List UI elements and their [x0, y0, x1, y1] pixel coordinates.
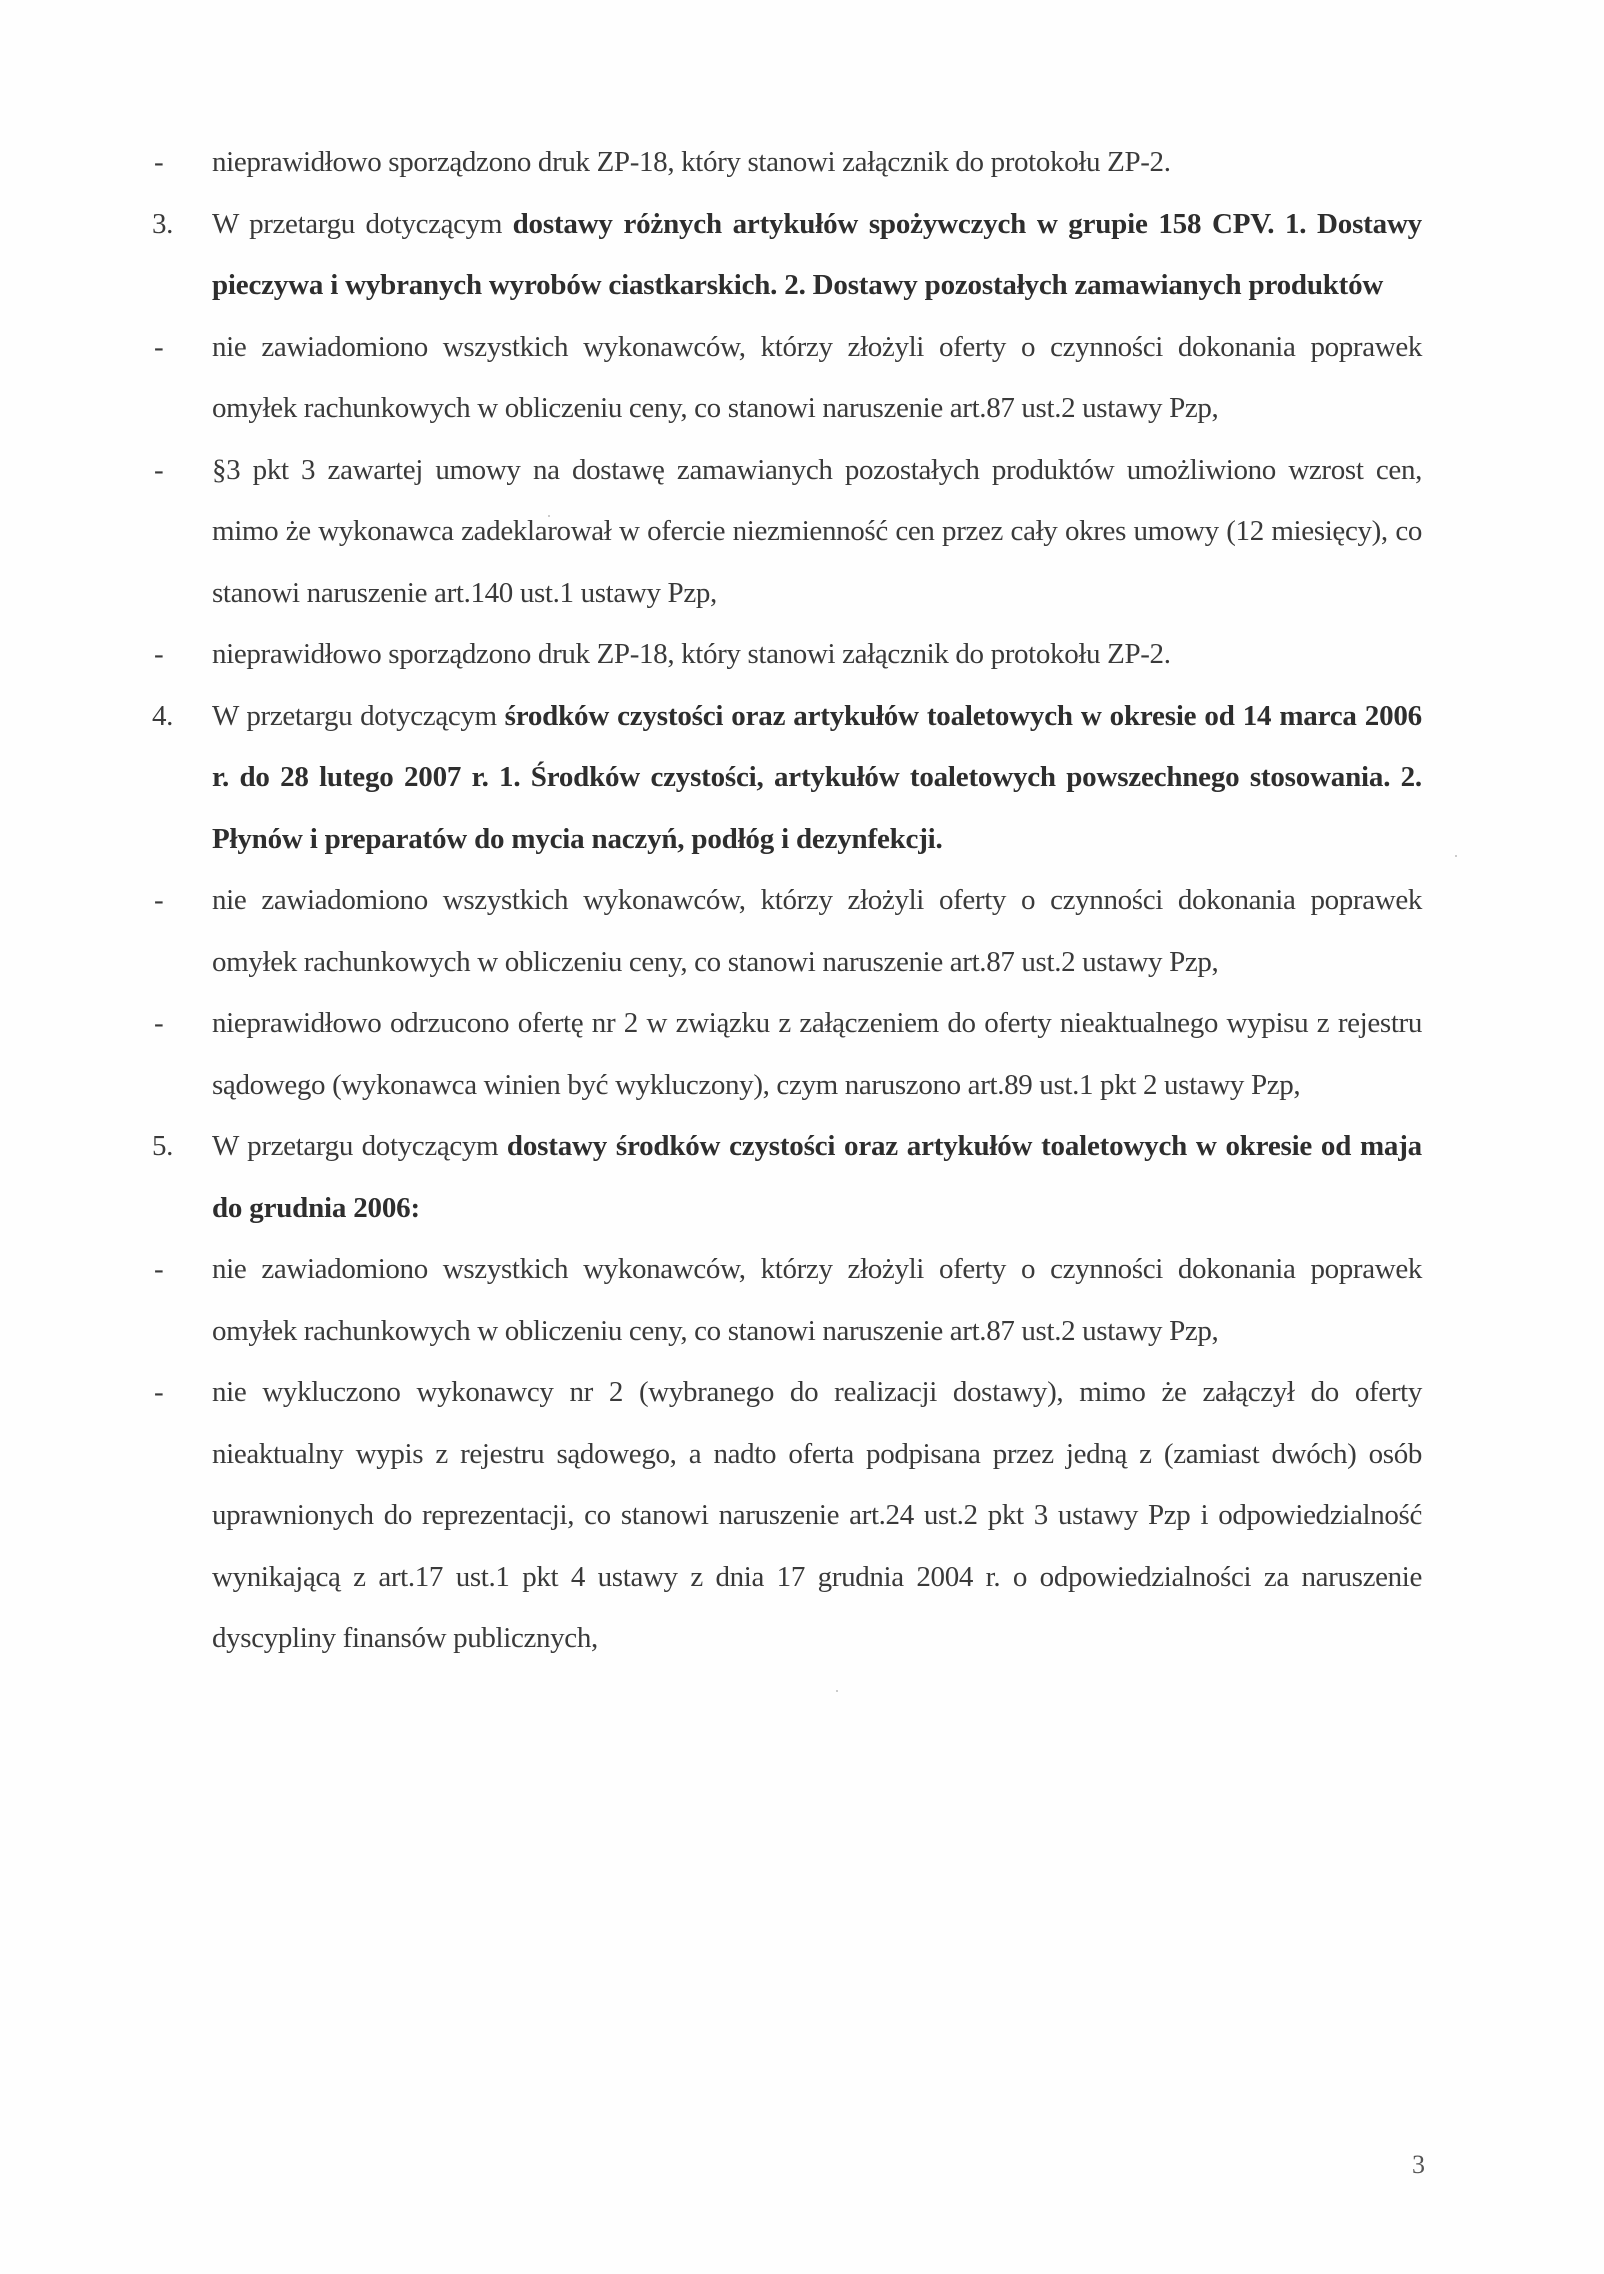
text-run: W przetargu dotyczącym — [212, 208, 513, 240]
bullet-item: -nieprawidłowo sporządzono druk ZP-18, k… — [152, 132, 1422, 194]
dash-bullet: - — [154, 870, 194, 932]
bullet-item: -nie zawiadomiono wszystkich wykonawców,… — [152, 870, 1422, 993]
list-number: 3. — [152, 194, 192, 256]
text-run: nie zawiadomiono wszystkich wykonawców, … — [212, 884, 1422, 978]
paragraph-text: nieprawidłowo sporządzono druk ZP-18, kt… — [212, 624, 1422, 686]
dash-bullet: - — [154, 1362, 194, 1424]
paragraph-text: nie zawiadomiono wszystkich wykonawców, … — [212, 317, 1422, 440]
scanned-page: -nieprawidłowo sporządzono druk ZP-18, k… — [0, 0, 1604, 2274]
dash-bullet: - — [154, 440, 194, 502]
dash-bullet: - — [154, 1239, 194, 1301]
paragraph-text: nieprawidłowo sporządzono druk ZP-18, kt… — [212, 132, 1422, 194]
text-run: nieprawidłowo sporządzono druk ZP-18, kt… — [212, 146, 1171, 178]
text-run: W przetargu dotyczącym — [212, 1130, 507, 1162]
bullet-item: -nieprawidłowo odrzucono ofertę nr 2 w z… — [152, 993, 1422, 1116]
paragraph-text: nie zawiadomiono wszystkich wykonawców, … — [212, 870, 1422, 993]
bullet-item: -§3 pkt 3 zawartej umowy na dostawę zama… — [152, 440, 1422, 625]
bullet-item: -nie wykluczono wykonawcy nr 2 (wybraneg… — [152, 1362, 1422, 1670]
document-body: -nieprawidłowo sporządzono druk ZP-18, k… — [152, 132, 1422, 1670]
text-run: nieprawidłowo odrzucono ofertę nr 2 w zw… — [212, 1007, 1422, 1101]
scan-speck — [1455, 855, 1457, 857]
scan-speck — [836, 1690, 838, 1692]
dash-bullet: - — [154, 317, 194, 379]
paragraph-text: W przetargu dotyczącym środków czystości… — [212, 686, 1422, 871]
paragraph-text: W przetargu dotyczącym dostawy środków c… — [212, 1116, 1422, 1239]
paragraph-text: nie wykluczono wykonawcy nr 2 (wybranego… — [212, 1362, 1422, 1670]
numbered-paragraph: 4.W przetargu dotyczącym środków czystoś… — [152, 686, 1422, 871]
dash-bullet: - — [154, 132, 194, 194]
list-number: 5. — [152, 1116, 192, 1178]
text-run: §3 pkt 3 zawartej umowy na dostawę zamaw… — [212, 454, 1422, 609]
text-run: nie zawiadomiono wszystkich wykonawców, … — [212, 331, 1422, 425]
text-run: nieprawidłowo sporządzono druk ZP-18, kt… — [212, 638, 1171, 670]
numbered-paragraph: 5.W przetargu dotyczącym dostawy środków… — [152, 1116, 1422, 1239]
list-number: 4. — [152, 686, 192, 748]
paragraph-text: W przetargu dotyczącym dostawy różnych a… — [212, 194, 1422, 317]
page-number: 3 — [1412, 2150, 1425, 2180]
text-run: nie zawiadomiono wszystkich wykonawców, … — [212, 1253, 1422, 1347]
paragraph-text: nie zawiadomiono wszystkich wykonawców, … — [212, 1239, 1422, 1362]
bullet-item: -nie zawiadomiono wszystkich wykonawców,… — [152, 317, 1422, 440]
dash-bullet: - — [154, 993, 194, 1055]
dash-bullet: - — [154, 624, 194, 686]
scan-speck — [548, 515, 550, 517]
text-run: W przetargu dotyczącym — [212, 700, 505, 732]
paragraph-text: §3 pkt 3 zawartej umowy na dostawę zamaw… — [212, 440, 1422, 625]
text-run: nie wykluczono wykonawcy nr 2 (wybranego… — [212, 1376, 1422, 1654]
paragraph-text: nieprawidłowo odrzucono ofertę nr 2 w zw… — [212, 993, 1422, 1116]
bullet-item: -nie zawiadomiono wszystkich wykonawców,… — [152, 1239, 1422, 1362]
bullet-item: -nieprawidłowo sporządzono druk ZP-18, k… — [152, 624, 1422, 686]
numbered-paragraph: 3.W przetargu dotyczącym dostawy różnych… — [152, 194, 1422, 317]
